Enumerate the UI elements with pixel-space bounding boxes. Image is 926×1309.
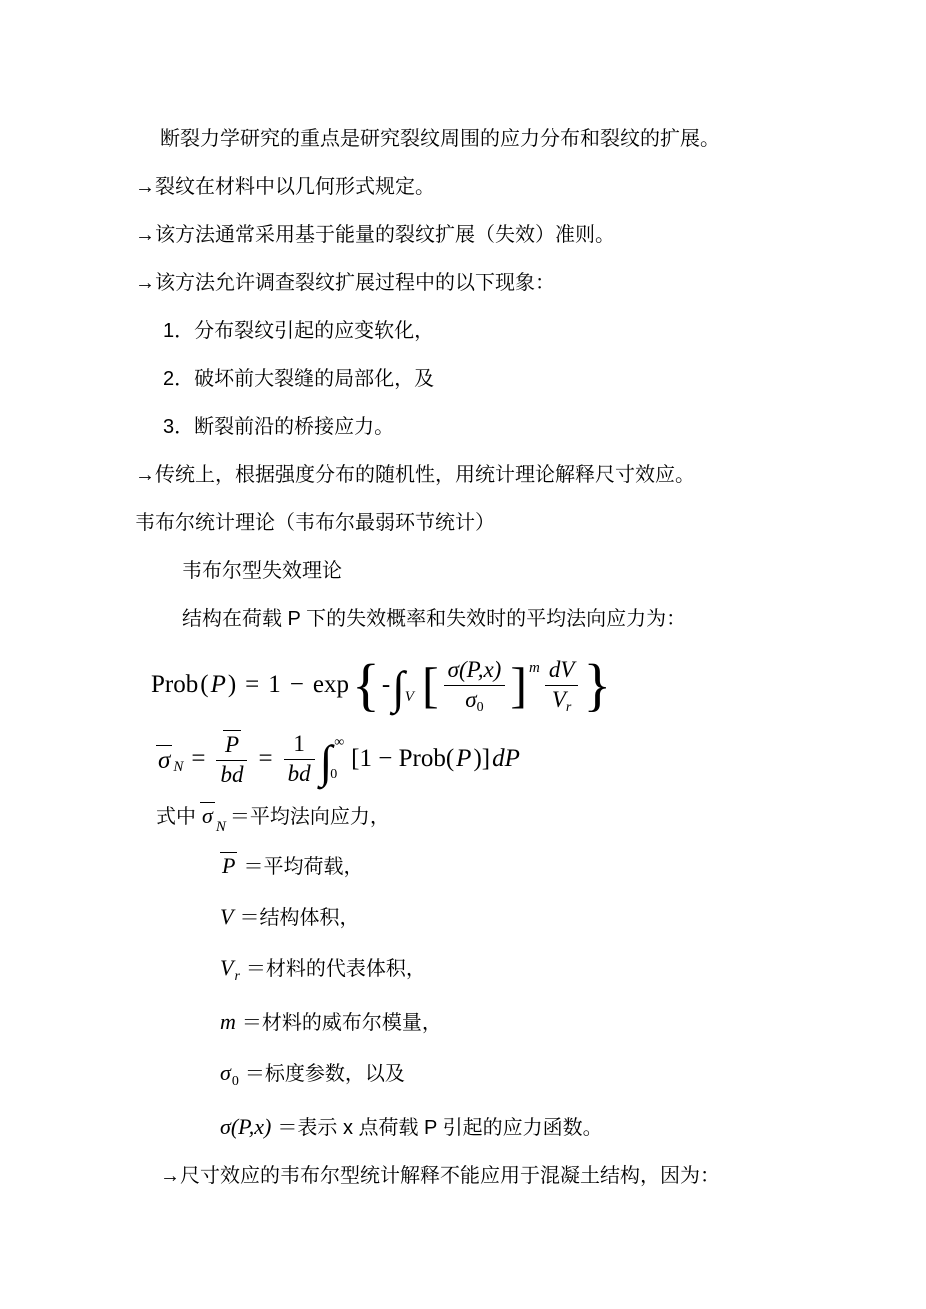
structure-load-line: 结构在荷载 P 下的失效概率和失效时的平均法向应力为：: [182, 606, 926, 633]
load-fraction: P bd: [216, 730, 247, 788]
sigma-bar: σ: [156, 745, 172, 773]
v-symbol: V: [220, 902, 233, 933]
arrow-point-1: →裂纹在材料中以几何形式规定。: [135, 174, 926, 201]
volume-ratio-fraction: dV Vr: [545, 657, 579, 713]
equals-sign: =: [258, 745, 272, 773]
definition-representative-volume: Vr＝材料的代表体积，: [220, 953, 926, 987]
sigma0-symbol: σ0: [220, 1058, 239, 1092]
arrow-point-2: →该方法通常采用基于能量的裂纹扩展（失效）准则。: [135, 222, 926, 249]
lower-limit-zero: 0: [330, 767, 340, 783]
p-bar-symbol: P: [220, 852, 237, 882]
integral-domain: V: [405, 689, 414, 706]
weibull-exponent: m: [529, 660, 540, 677]
math-prob: Prob: [151, 671, 198, 699]
negative-sign: -: [382, 671, 390, 699]
integral-with-limits: ∫ ∞0: [320, 733, 349, 785]
where-prefix: 式中: [156, 806, 196, 828]
sigma-subscript-n: N: [173, 759, 183, 776]
minus-sign: −: [290, 671, 304, 699]
document-page: 断裂力学研究的重点是研究裂纹周围的应力分布和裂纹的扩展。 →裂纹在材料中以几何形…: [0, 0, 926, 1309]
numbered-item-2: 2．破坏前大裂缝的局部化，及: [163, 366, 926, 393]
weibull-subheading: 韦布尔型失效理论: [182, 558, 926, 585]
numbered-item-1: 1．分布裂纹引起的应变软化，: [163, 318, 926, 345]
paragraph-intro: 断裂力学研究的重点是研究裂纹周围的应力分布和裂纹的扩展。: [160, 126, 926, 153]
where-clause: 式中σN＝平均法向应力，: [156, 802, 926, 834]
sigma-n-symbol: σN: [200, 802, 226, 834]
definition-stress-function: σ(P,x)＝表示 x 点荷载 P 引起的应力函数。: [220, 1112, 926, 1143]
arrow-point-3: →该方法允许调查裂纹扩展过程中的以下现象：: [135, 270, 926, 297]
formula-mean-nominal-stress: σ N = P bd = 1 bd ∫ ∞0 [1 − Prob(P)]dP: [156, 728, 926, 790]
definition-structure-volume: V＝结构体积，: [220, 902, 926, 933]
vr-symbol: Vr: [220, 953, 240, 987]
weibull-heading: 韦布尔统计理论（韦布尔最弱环节统计）: [135, 510, 926, 537]
definition-weibull-modulus: m＝材料的威布尔模量，: [220, 1007, 926, 1038]
inverse-bd-fraction: 1 bd: [284, 731, 315, 787]
arrow-point-5: →尺寸效应的韦布尔型统计解释不能应用于混凝土结构，因为：: [160, 1163, 926, 1190]
where-text: ＝平均法向应力，: [230, 806, 390, 828]
stress-ratio-fraction: σ(P,x) σ0: [444, 657, 506, 713]
numbered-item-3: 3．断裂前沿的桥接应力。: [163, 414, 926, 441]
m-symbol: m: [220, 1007, 236, 1038]
arrow-point-4: →传统上，根据强度分布的随机性，用统计理论解释尺寸效应。: [135, 462, 926, 489]
math-exp: exp: [313, 671, 349, 699]
sigma-px-symbol: σ(P,x): [220, 1112, 271, 1143]
equals-sign: =: [191, 745, 205, 773]
definition-mean-load: P＝平均荷载，: [220, 852, 926, 882]
formula-failure-probability: Prob(P) = 1 − exp { - ∫ V [ σ(P,x) σ0 ] …: [150, 654, 926, 716]
definition-scale-parameter: σ0＝标度参数，以及: [220, 1058, 926, 1092]
equals-sign: =: [245, 671, 259, 699]
upper-limit-infinity: ∞: [334, 735, 344, 751]
